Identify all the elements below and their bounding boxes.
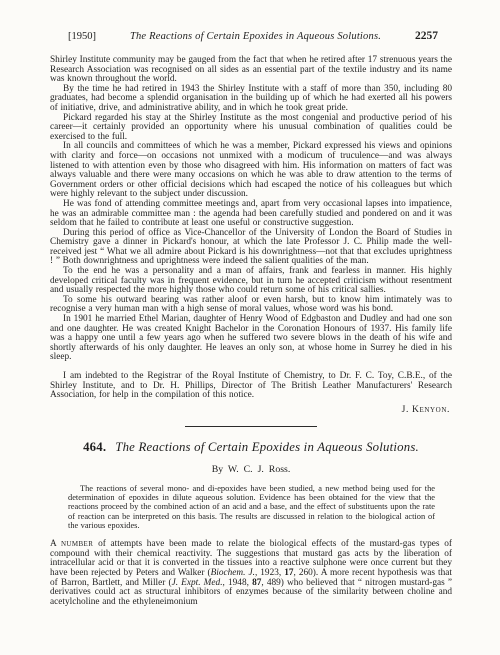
running-head-year: [1950] xyxy=(68,31,96,42)
article-title: 464.The Reactions of Certain Epoxides in… xyxy=(50,440,452,455)
obituary-acknowledgement-paragraph: I am indebted to the Registrar of the Ro… xyxy=(50,372,452,401)
section-divider-rule xyxy=(185,426,317,427)
journal-page: [1950] The Reactions of Certain Epoxides… xyxy=(0,0,500,655)
article-section: 464.The Reactions of Certain Epoxides in… xyxy=(50,440,452,608)
running-head: [1950] The Reactions of Certain Epoxides… xyxy=(50,30,452,42)
article-lead-paragraph: A number of attempts have been made to r… xyxy=(50,540,452,607)
obituary-paragraph: During this period of office as Vice-Cha… xyxy=(50,229,452,267)
running-head-title: The Reactions of Certain Epoxides in Aqu… xyxy=(130,31,381,42)
article-byline: By W. C. J. Ross. xyxy=(50,464,452,475)
article-abstract: The reactions of several mono- and di-ep… xyxy=(68,484,435,530)
obituary-paragraph: By the time he had retired in 1943 the S… xyxy=(50,85,452,114)
obituary-paragraph: In 1901 he married Ethel Marian, daughte… xyxy=(50,315,452,363)
obituary-paragraph: In all councils and committees of which … xyxy=(50,142,452,200)
obituary-paragraph: To some his outward bearing was rather a… xyxy=(50,296,452,315)
obituary-signature: J. Kenyon. xyxy=(50,404,452,415)
page-number: 2257 xyxy=(415,30,438,42)
obituary-paragraph: To the end he was a personality and a ma… xyxy=(50,267,452,296)
obituary-paragraph: Shirley Institute community may be gauge… xyxy=(50,56,452,85)
obituary-section: Shirley Institute community may be gauge… xyxy=(50,56,452,415)
obituary-paragraph: He was fond of attending committee meeti… xyxy=(50,200,452,229)
article-number: 464. xyxy=(83,440,106,454)
article-title-text: The Reactions of Certain Epoxides in Aqu… xyxy=(115,440,419,454)
obituary-paragraph: Pickard regarded his stay at the Shirley… xyxy=(50,114,452,143)
